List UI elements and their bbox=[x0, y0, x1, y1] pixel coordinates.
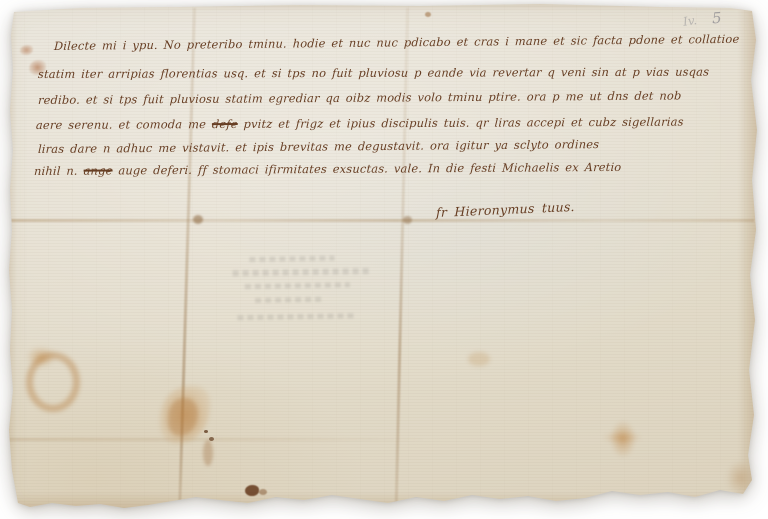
letter-line-4-start: aere serenu. et comoda me bbox=[36, 117, 213, 132]
crease-stain bbox=[203, 440, 213, 466]
paper-edge-tint-top bbox=[0, 2, 768, 11]
dark-edge-spot bbox=[259, 489, 267, 495]
letter-line-6-start: nihil n. bbox=[34, 164, 84, 178]
small-fleck bbox=[425, 12, 431, 17]
letter-line-3: redibo. et si tps fuit pluviosu statim e… bbox=[38, 88, 682, 108]
showthrough-line bbox=[237, 313, 357, 320]
fold-intersection-stain bbox=[193, 215, 203, 224]
paper-edge-tint-left bbox=[6, 0, 17, 519]
letter-line-6-end: auge deferi. ff stomaci ifirmitates exsu… bbox=[112, 160, 621, 178]
manuscript-paper: Iv. 5 Dilecte mi i ypu. No preteribo tmi… bbox=[0, 0, 768, 519]
ring-stain-blob bbox=[26, 346, 56, 368]
strikethrough-text: ange bbox=[83, 163, 113, 177]
faint-stain bbox=[468, 352, 490, 366]
fold-crease-horizontal-main bbox=[8, 219, 754, 222]
photo-background: Iv. 5 Dilecte mi i ypu. No preteribo tmi… bbox=[0, 0, 768, 519]
letter-line-5: liras dare n adhuc me vistavit. et ipis … bbox=[38, 136, 600, 157]
foxing-spot bbox=[20, 45, 33, 55]
ink-speck bbox=[204, 430, 208, 433]
letter-line-4-end: pvitz et frigz et ipius discipulis tuis.… bbox=[237, 115, 684, 131]
verso-showthrough-text bbox=[224, 247, 396, 342]
letter-line-2: statim iter arripias florentias usq. et … bbox=[38, 64, 710, 82]
showthrough-line bbox=[249, 256, 334, 262]
letter-line-6: nihil n. ange auge deferi. ff stomaci if… bbox=[34, 159, 622, 179]
pencil-annotation: Iv. bbox=[682, 13, 698, 29]
letter-line-4: aere serenu. et comoda me defe pvitz et … bbox=[36, 114, 684, 133]
dark-edge-spot bbox=[245, 485, 259, 496]
pencil-number: 5 bbox=[711, 9, 722, 28]
paper-edge-tint-bottom bbox=[0, 492, 768, 516]
showthrough-line bbox=[233, 268, 373, 276]
fold-intersection-stain bbox=[403, 216, 412, 224]
fold-crease-vertical-right bbox=[395, 8, 409, 503]
fold-crease-horizontal-lower bbox=[6, 438, 426, 441]
showthrough-line bbox=[245, 282, 350, 289]
diamond-stain-bar bbox=[602, 431, 642, 444]
letter-line-1: Dilecte mi i ypu. No preteribo tminu. ho… bbox=[54, 31, 740, 54]
signature: fr Hieronymus tuus. bbox=[436, 199, 575, 220]
paper-edge-tint-right bbox=[738, 0, 760, 519]
paper-shadow-wrap: Iv. 5 Dilecte mi i ypu. No preteribo tmi… bbox=[0, 0, 768, 519]
strikethrough-text: defe bbox=[212, 117, 238, 131]
corner-discoloration bbox=[726, 460, 754, 496]
showthrough-line bbox=[255, 297, 325, 303]
